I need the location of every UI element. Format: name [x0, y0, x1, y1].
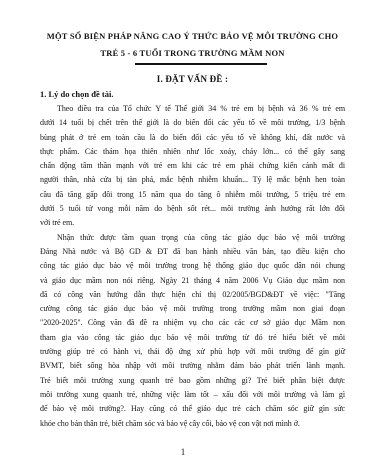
body-text-line: chấn động tâm thần mạnh với trẻ em khi c…: [40, 159, 345, 173]
body-text-line: để bảo vệ môi trường?. Hay cũng có thể g…: [40, 402, 345, 416]
body-text-line: dưới 5 tuổi tử vong mỗi năm do bệnh sốt …: [40, 202, 345, 216]
body-text-line: Trẻ biết môi trường xung quanh trẻ bao g…: [40, 374, 345, 388]
body-text-line: khỏe cho bản thân trẻ, biết chăm sóc và …: [40, 417, 345, 431]
body-text-line: Nhận thức được tầm quan trọng của công t…: [40, 231, 345, 245]
title-line-2: TRẺ 5 - 6 TUỔI TRONG TRƯỜNG MẦM NON: [40, 45, 345, 62]
page-number: 1: [0, 447, 366, 457]
body-paragraphs: Theo điều tra của Tổ chức Y tế Thế giới …: [40, 102, 345, 431]
body-text-line: với trẻ em.: [40, 216, 345, 230]
title-line-1: MỘT SỐ BIỆN PHÁP NÂNG CAO Ý THỨC BẢO VỆ …: [40, 28, 345, 45]
body-text-line: công tác giáo dục bảo vệ môi trường tron…: [40, 259, 345, 273]
body-text-line: người thân, nhà cửa bị tàn phá, mắc bệnh…: [40, 173, 345, 187]
body-text-line: "2020-2025". Công văn đã đề ra nhiệm vụ …: [40, 316, 345, 330]
body-text-line: BVMT, biết sống hòa nhập với môi trường …: [40, 359, 345, 373]
title-underline: [135, 63, 267, 65]
body-text-line: cường công tác giáo dục bảo vệ môi trườn…: [40, 302, 345, 316]
body-text-line: và giáo dục mầm non nói riêng. Ngày 21 t…: [40, 274, 345, 288]
body-text-line: cầu đã tăng gấp đôi trong 15 năm qua do …: [40, 188, 345, 202]
body-text-line: bùng phát ở trẻ em toàn cầu là do biến đ…: [40, 131, 345, 145]
body-text-line: môi trường xung quanh trẻ, những việc là…: [40, 388, 345, 402]
body-text-line: đã có công văn hướng dẫn thực hiện chỉ t…: [40, 288, 345, 302]
body-text-line: tham gia vào công tác giáo dục bảo vệ mô…: [40, 331, 345, 345]
document-page: MỘT SỐ BIỆN PHÁP NÂNG CAO Ý THỨC BẢO VỆ …: [0, 0, 366, 473]
section-heading: I. ĐẶT VẤN ĐỀ :: [40, 74, 345, 84]
body-text-line: Theo điều tra của Tổ chức Y tế Thế giới …: [40, 102, 345, 116]
body-text-line: Đảng Nhà nước và Bộ GD & ĐT đã ban hành …: [40, 245, 345, 259]
body-text-line: trường giúp trẻ có hành vi, thái độ ứng …: [40, 345, 345, 359]
body-text-line: dưới 14 tuổi bị chết trên thế giới là do…: [40, 116, 345, 130]
subsection-heading: 1. Lý do chọn đề tài.: [40, 89, 345, 99]
body-text-line: thực phẩm. Các thảm họa thiên nhiên như …: [40, 145, 345, 159]
document-title: MỘT SỐ BIỆN PHÁP NÂNG CAO Ý THỨC BẢO VỆ …: [40, 28, 345, 65]
